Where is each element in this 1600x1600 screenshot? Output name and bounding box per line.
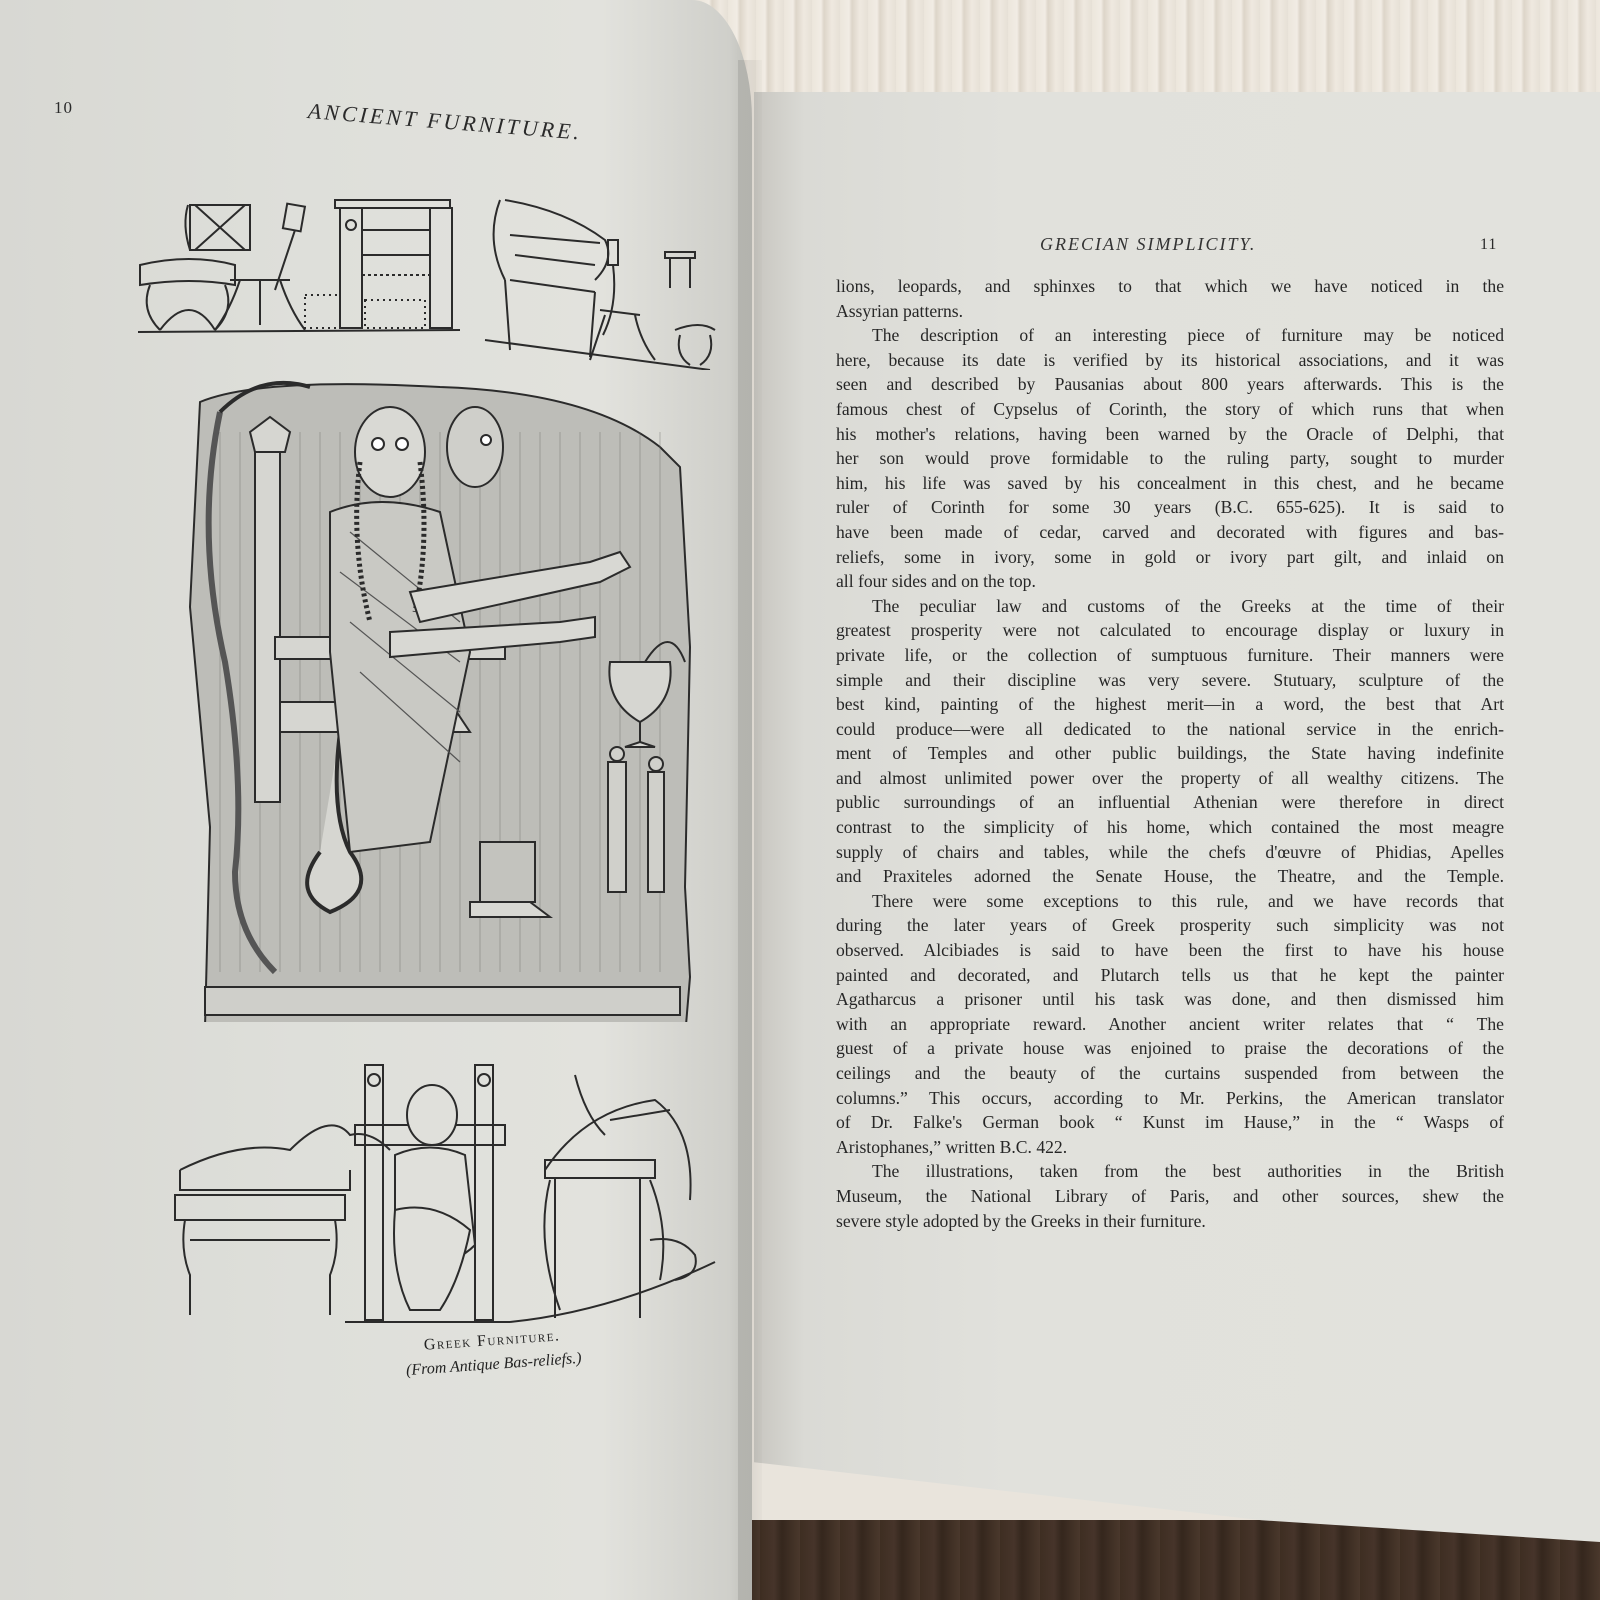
text-line: private life, or the collection of sumpt… [836, 643, 1504, 668]
text-line: reliefs, some in ivory, some in gold or … [836, 545, 1504, 570]
text-line: columns.” This occurs, according to Mr. … [836, 1086, 1504, 1111]
running-head-right: GRECIAN SIMPLICITY. [1040, 234, 1256, 255]
text-line: ment of Temples and other public buildin… [836, 741, 1504, 766]
text-line: seen and described by Pausanias about 80… [836, 372, 1504, 397]
furniture-frieze-top-illustration [130, 180, 720, 370]
text-line: greatest prosperity were not calculated … [836, 618, 1504, 643]
text-line: his mother's relations, having been warn… [836, 422, 1504, 447]
text-line: The illustrations, taken from the best a… [836, 1159, 1504, 1184]
furniture-frieze-bottom-illustration [170, 1060, 730, 1330]
bas-relief-illustration [180, 372, 700, 1022]
wooden-background-top [700, 0, 1600, 100]
text-line: observed. Alcibiades is said to have bee… [836, 938, 1504, 963]
paragraph-5: The illustrations, taken from the best a… [836, 1159, 1504, 1233]
text-line: of Dr. Falke's German book “ Kunst im Ha… [836, 1110, 1504, 1135]
text-line: him, his life was saved by his concealme… [836, 471, 1504, 496]
text-line: famous chest of Cypselus of Corinth, the… [836, 397, 1504, 422]
text-line: here, because its date is verified by it… [836, 348, 1504, 373]
text-line: best kind, painting of the highest merit… [836, 692, 1504, 717]
paragraph-1: lions, leopards, and sphinxes to that wh… [836, 274, 1504, 323]
paragraph-2: The description of an interesting piece … [836, 323, 1504, 594]
text-line: and almost unlimited power over the prop… [836, 766, 1504, 791]
text-line: could produce—were all dedicated to the … [836, 717, 1504, 742]
text-line: during the later years of Greek prosperi… [836, 913, 1504, 938]
text-line: The peculiar law and customs of the Gree… [836, 594, 1504, 619]
page-number-left: 10 [54, 98, 73, 118]
text-line: severe style adopted by the Greeks in th… [836, 1209, 1504, 1234]
text-line: have been made of cedar, carved and deco… [836, 520, 1504, 545]
text-line: contrast to the simplicity of his home, … [836, 815, 1504, 840]
body-text: lions, leopards, and sphinxes to that wh… [836, 274, 1504, 1233]
paragraph-3: The peculiar law and customs of the Gree… [836, 594, 1504, 889]
text-line: simple and their discipline was very sev… [836, 668, 1504, 693]
text-line: with an appropriate reward. Another anci… [836, 1012, 1504, 1037]
text-line: lions, leopards, and sphinxes to that wh… [836, 274, 1504, 299]
text-line: supply of chairs and tables, while the c… [836, 840, 1504, 865]
text-line: public surroundings of an influential At… [836, 790, 1504, 815]
text-line: all four sides and on the top. [836, 569, 1504, 594]
text-line: ruler of Corinth for some 30 years (B.C.… [836, 495, 1504, 520]
text-line: painted and decorated, and Plutarch tell… [836, 963, 1504, 988]
text-line: ceilings and the beauty of the curtains … [836, 1061, 1504, 1086]
page-number-right: 11 [1480, 236, 1497, 254]
text-line: and Praxiteles adorned the Senate House,… [836, 864, 1504, 889]
text-line: Assyrian patterns. [836, 299, 1504, 324]
book-gutter [738, 60, 762, 1600]
text-line: Museum, the National Library of Paris, a… [836, 1184, 1504, 1209]
text-line: her son would prove formidable to the ru… [836, 446, 1504, 471]
text-line: There were some exceptions to this rule,… [836, 889, 1504, 914]
text-line: Agatharcus a prisoner until his task was… [836, 987, 1504, 1012]
text-line: The description of an interesting piece … [836, 323, 1504, 348]
text-line: Aristophanes,” written B.C. 422. [836, 1135, 1504, 1160]
text-line: guest of a private house was enjoined to… [836, 1036, 1504, 1061]
paragraph-4: There were some exceptions to this rule,… [836, 889, 1504, 1160]
